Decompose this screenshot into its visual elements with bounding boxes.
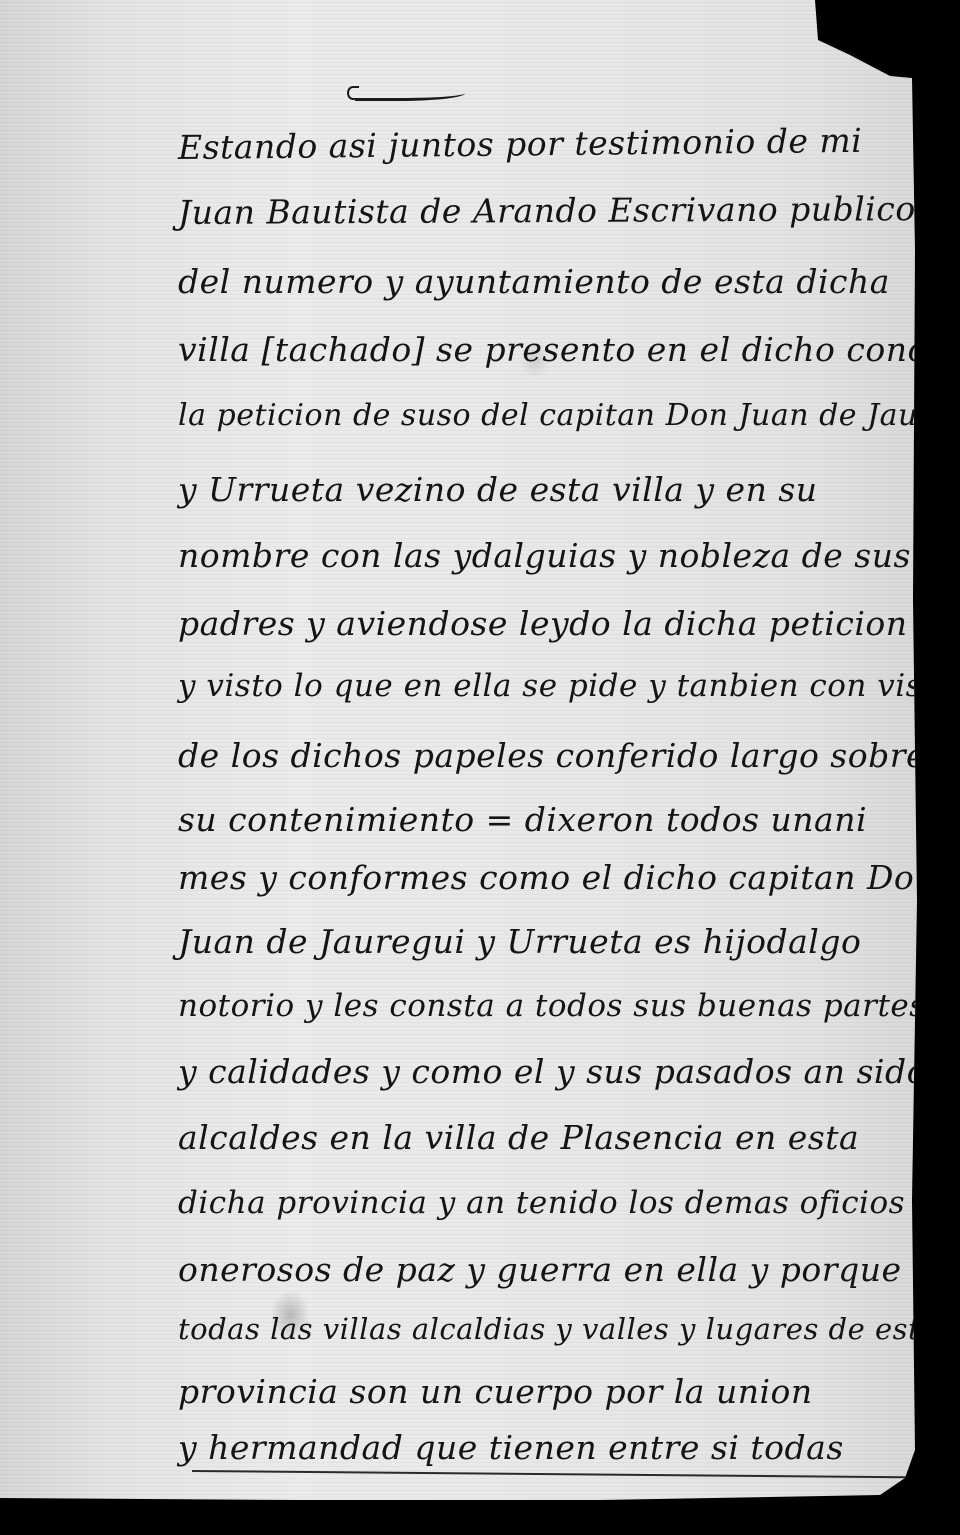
manuscript-line-8: padres y aviendose leydo la dicha petici… [178, 604, 908, 643]
manuscript-line-17: dicha provincia y an tenido los demas of… [178, 1185, 905, 1221]
manuscript-line-9: y visto lo que en ella se pide y tanbien… [178, 668, 954, 704]
manuscript-line-16: alcaldes en la villa de Plasencia en est… [178, 1118, 859, 1157]
manuscript-line-2: Juan Bautista de Arando Escrivano public… [178, 189, 916, 232]
manuscript-line-19: todas las villas alcaldias y valles y lu… [178, 1312, 938, 1346]
manuscript-line-18: onerosos de paz y guerra en ella y porqu… [178, 1250, 901, 1289]
manuscript-line-10: de los dichos papeles conferido largo so… [178, 736, 926, 775]
manuscript-line-15: y calidades y como el y sus pasados an s… [178, 1052, 927, 1091]
manuscript-line-14: notorio y les consta a todos sus buenas … [178, 988, 926, 1024]
manuscript-line-7: nombre con las ydalguias y nobleza de su… [178, 536, 911, 575]
manuscript-line-3: del numero y ayuntamiento de esta dicha [178, 262, 890, 301]
header-flourish [355, 88, 465, 101]
manuscript-line-13: Juan de Jauregui y Urrueta es hijodalgo [178, 922, 861, 961]
manuscript-line-6: y Urrueta vezino de esta villa y en su [178, 470, 818, 509]
closing-rule-line [192, 1470, 907, 1478]
manuscript-line-5: la peticion de suso del capitan Don Juan… [178, 398, 960, 433]
manuscript-line-1: Estando asi juntos por testimonio de mi [178, 121, 863, 167]
manuscript-line-20: provincia son un cuerpo por la union [178, 1372, 813, 1411]
manuscript-line-11: su contenimiento = dixeron todos unani [178, 800, 867, 839]
manuscript-line-4: villa [tachado] se presento en el dicho … [178, 330, 960, 369]
manuscript-line-21: y hermandad que tienen entre si todas [178, 1428, 844, 1467]
manuscript-line-12: mes y conformes como el dicho capitan Do… [178, 858, 936, 897]
manuscript-page: Estando asi juntos por testimonio de mi … [0, 0, 960, 1535]
